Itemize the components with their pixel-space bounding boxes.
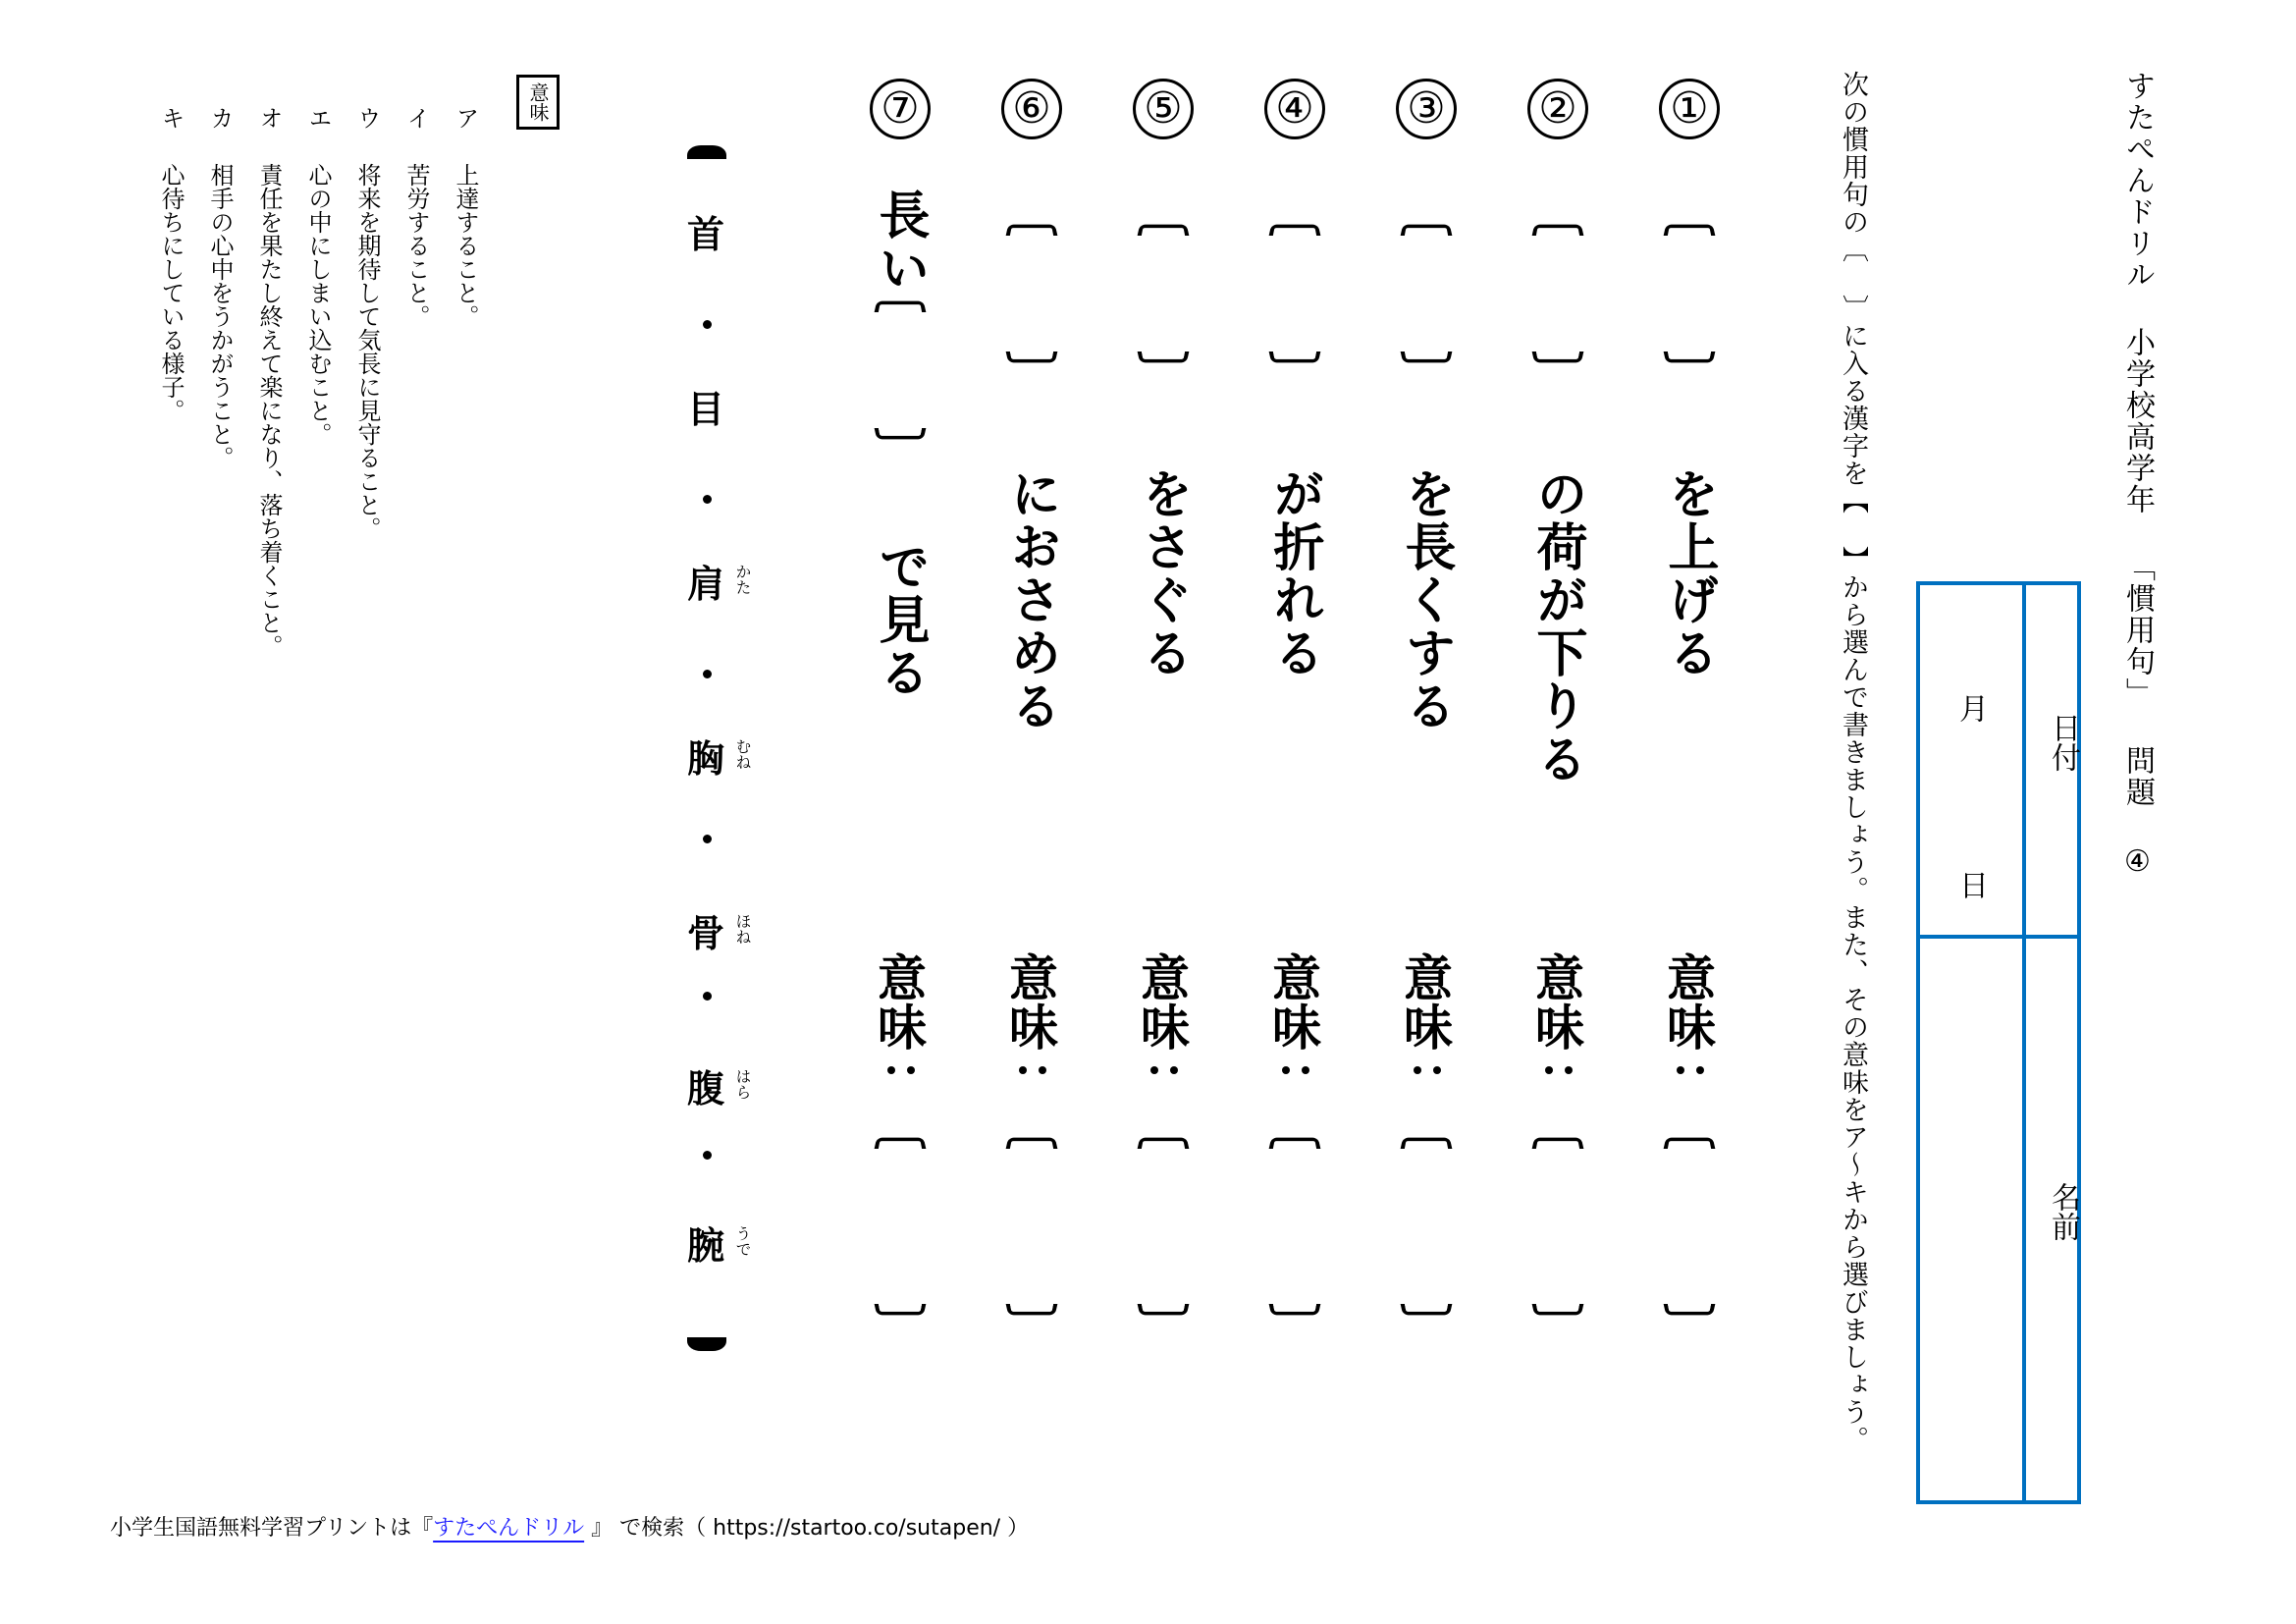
- meaning-bracket-open: [1006, 1138, 1058, 1149]
- meaning-label: 意味: [1137, 952, 1186, 1051]
- question-number: ①: [1659, 79, 1720, 139]
- option-text: 責任を果たし終えて楽になり、落ち着くこと。: [255, 163, 283, 658]
- colon: [887, 1066, 915, 1074]
- meaning-bracket-close: [1401, 1304, 1453, 1315]
- name-field[interactable]: [1928, 943, 2018, 1498]
- choice-kanji: 目: [687, 391, 724, 428]
- option-text: 将来を期待して気長に見守ること。: [353, 163, 381, 540]
- option-text: 心待ちにしている様子。: [157, 163, 185, 422]
- answer-bracket-close: [1664, 352, 1716, 362]
- option-letter: エ: [306, 106, 330, 130]
- question-number: ④: [1264, 79, 1325, 139]
- question-2: ② の荷が下りる 意味: [1527, 79, 1596, 1355]
- answer-bracket-open: [1532, 225, 1584, 236]
- question-4: ④ が折れる 意味: [1264, 79, 1333, 1355]
- colon: [1677, 1066, 1704, 1074]
- idiom-suffix: を上げる: [1663, 467, 1714, 679]
- separator-dot: [703, 992, 712, 1001]
- choice-item: 腹 はら: [687, 1070, 775, 1113]
- footer: 小学生国語無料学習プリントは『すたぺんドリル 』 で検索（ https://st…: [110, 1518, 1029, 1540]
- date-label: 日付: [2048, 713, 2077, 772]
- answer-bracket-close: [1138, 352, 1190, 362]
- kanji-answer-field[interactable]: [1665, 236, 1714, 344]
- meaning-bracket-open: [1269, 1138, 1321, 1149]
- meaning-answer-field[interactable]: [1533, 1149, 1582, 1296]
- date-field[interactable]: [1928, 589, 2018, 931]
- name-label: 名前: [2048, 1182, 2077, 1241]
- answer-bracket-close: [1532, 352, 1584, 362]
- kanji-answer-field[interactable]: [1007, 236, 1056, 344]
- footer-prefix: 小学生国語無料学習プリントは『: [110, 1516, 433, 1541]
- sutapen-drill-link[interactable]: すたぺんドリル: [433, 1516, 584, 1541]
- choice-ruby: ほね: [734, 913, 750, 945]
- question-number: ②: [1527, 79, 1588, 139]
- choice-item: 腕 うで: [687, 1227, 775, 1271]
- meaning-bracket-close: [1006, 1304, 1058, 1315]
- footer-suffix: 』 で検索（ https://startoo.co/sutapen/ ）: [584, 1516, 1029, 1541]
- answer-bracket-open: [875, 301, 927, 312]
- worksheet-title: すたぺんドリル 小学校高学年 「慣用句」 問題 ④: [2122, 71, 2152, 881]
- separator-dot: [703, 1151, 712, 1160]
- meaning-option-i: イ苦労すること。: [404, 106, 428, 328]
- separator-dot: [703, 670, 712, 678]
- meaning-bracket-open: [875, 1138, 927, 1149]
- answer-bracket-close: [1401, 352, 1453, 362]
- choice-item: 首: [687, 216, 775, 259]
- meaning-option-e: エ心の中にしまい込むこと。: [306, 106, 330, 446]
- meaning-bracket-close: [1269, 1304, 1321, 1315]
- meaning-label: 意味: [1531, 952, 1580, 1051]
- option-text: 苦労すること。: [402, 163, 430, 328]
- meaning-label: 意味: [1400, 952, 1449, 1051]
- answer-bracket-open: [1401, 225, 1453, 236]
- meaning-bracket-open: [1664, 1138, 1716, 1149]
- question-1: ① を上げる 意味: [1659, 79, 1728, 1355]
- option-text: 上達すること。: [452, 163, 479, 328]
- idiom-suffix: の荷が下りる: [1531, 467, 1582, 785]
- kanji-answer-field[interactable]: [1533, 236, 1582, 344]
- answer-bracket-open: [1664, 225, 1716, 236]
- idiom-suffix: が折れる: [1268, 467, 1319, 679]
- meaning-label: 意味: [1268, 952, 1317, 1051]
- box-divider-vertical: [2022, 585, 2026, 1500]
- meaning-option-o: オ責任を果たし終えて楽になり、落ち着くこと。: [257, 106, 281, 658]
- option-letter: オ: [257, 106, 281, 130]
- colon: [1545, 1066, 1573, 1074]
- box-divider-horizontal: [1920, 935, 2077, 939]
- question-6: ⑥ におさめる 意味: [1001, 79, 1070, 1355]
- option-letter: イ: [404, 106, 428, 130]
- meaning-bracket-close: [875, 1304, 927, 1315]
- kanji-answer-field[interactable]: [1402, 236, 1451, 344]
- choice-ruby: はら: [734, 1068, 750, 1100]
- kanji-choices: 首 目 肩 かた 胸 むね 骨 ほね 腹 はら 腕 うで: [687, 137, 775, 1375]
- question-7: ⑦ 長い で見る 意味: [870, 79, 938, 1355]
- question-3: ③ を長くする 意味: [1396, 79, 1465, 1355]
- choice-item: 肩 かた: [687, 566, 775, 609]
- date-name-box: 日付 月 日 名前: [1916, 581, 2081, 1504]
- meaning-bracket-close: [1664, 1304, 1716, 1315]
- idiom-prefix: 長い: [874, 189, 925, 295]
- idiom-suffix: を長くする: [1400, 467, 1451, 732]
- meaning-answer-field[interactable]: [1402, 1149, 1451, 1296]
- option-letter: ウ: [355, 106, 379, 130]
- meaning-answer-field[interactable]: [1139, 1149, 1188, 1296]
- question-5: ⑤ をさぐる 意味: [1133, 79, 1201, 1355]
- choice-ruby: むね: [734, 738, 750, 770]
- separator-dot: [703, 835, 712, 843]
- meaning-answer-field[interactable]: [1270, 1149, 1319, 1296]
- meaning-bracket-close: [1138, 1304, 1190, 1315]
- meaning-answer-field[interactable]: [1007, 1149, 1056, 1296]
- instruction-text: 次の慣用句の〔 〕に入る漢字を【 】から選んで書きましょう。また、その意味をア〜…: [1840, 71, 1866, 1453]
- answer-bracket-open: [1269, 225, 1321, 236]
- meaning-answer-field[interactable]: [876, 1149, 925, 1296]
- choice-ruby: うで: [734, 1225, 750, 1257]
- option-text: 相手の心中をうかがうこと。: [206, 163, 234, 469]
- answer-bracket-open: [1006, 225, 1058, 236]
- idiom-suffix: をさぐる: [1137, 467, 1188, 679]
- answer-bracket-open: [1138, 225, 1190, 236]
- meaning-label: 意味: [874, 952, 923, 1051]
- question-number: ③: [1396, 79, 1457, 139]
- colon: [1019, 1066, 1046, 1074]
- meaning-option-u: ウ将来を期待して気長に見守ること。: [355, 106, 379, 540]
- separator-dot: [703, 320, 712, 329]
- option-letter: キ: [159, 106, 183, 130]
- choice-bracket-close: [687, 1337, 726, 1351]
- idiom-suffix: におさめる: [1005, 467, 1056, 732]
- choice-kanji: 腕: [687, 1227, 724, 1265]
- meaning-header: 意味: [516, 75, 560, 130]
- kanji-answer-field[interactable]: [1139, 236, 1188, 344]
- choice-ruby: かた: [734, 564, 750, 595]
- meaning-option-a: ア上達すること。: [454, 106, 477, 328]
- choice-kanji: 骨: [687, 915, 724, 952]
- idiom-suffix: で見る: [874, 540, 925, 699]
- meaning-option-ki: キ心待ちにしている様子。: [159, 106, 183, 422]
- meaning-bracket-close: [1532, 1304, 1584, 1315]
- choice-kanji: 肩: [687, 566, 724, 603]
- separator-dot: [703, 495, 712, 504]
- meaning-bracket-open: [1532, 1138, 1584, 1149]
- meaning-label: 意味: [1005, 952, 1054, 1051]
- choice-item: 目: [687, 391, 775, 434]
- meaning-answer-field[interactable]: [1665, 1149, 1714, 1296]
- answer-bracket-close: [1006, 352, 1058, 362]
- question-number: ⑤: [1133, 79, 1194, 139]
- meaning-bracket-open: [1138, 1138, 1190, 1149]
- choice-item: 胸 むね: [687, 740, 775, 784]
- option-text: 心の中にしまい込むこと。: [304, 163, 332, 446]
- colon: [1282, 1066, 1309, 1074]
- kanji-answer-field[interactable]: [1270, 236, 1319, 344]
- choice-bracket-open: [687, 145, 726, 159]
- question-number: ⑥: [1001, 79, 1062, 139]
- colon: [1414, 1066, 1441, 1074]
- meaning-option-ka: カ相手の心中をうかがうこと。: [208, 106, 232, 469]
- choice-kanji: 腹: [687, 1070, 724, 1108]
- meaning-label: 意味: [1663, 952, 1712, 1051]
- choice-kanji: 首: [687, 216, 724, 253]
- choice-item: 骨 ほね: [687, 915, 775, 958]
- answer-bracket-close: [875, 428, 927, 439]
- question-number: ⑦: [870, 79, 931, 139]
- option-letter: ア: [454, 106, 477, 130]
- choice-kanji: 胸: [687, 740, 724, 778]
- kanji-answer-field[interactable]: [876, 312, 925, 420]
- answer-bracket-close: [1269, 352, 1321, 362]
- meaning-bracket-open: [1401, 1138, 1453, 1149]
- option-letter: カ: [208, 106, 232, 130]
- colon: [1150, 1066, 1178, 1074]
